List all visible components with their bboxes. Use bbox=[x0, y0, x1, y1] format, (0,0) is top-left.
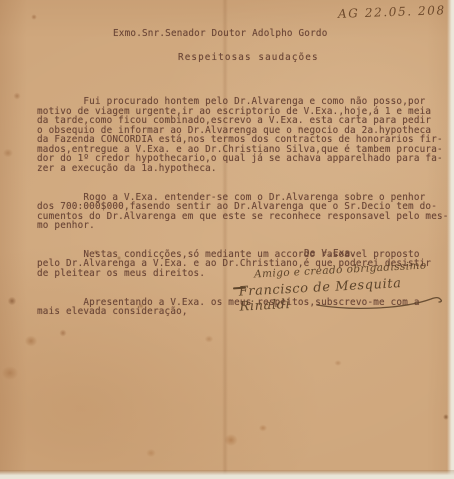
archive-reference-note: AG 22.05. 208 bbox=[338, 3, 446, 21]
closing-line: De V.Exa. bbox=[304, 249, 356, 259]
signature-flourish-stroke bbox=[315, 292, 447, 314]
scanned-letter-page: AG 22.05. 208 Exmo.Snr.Senador Doutor Ad… bbox=[0, 0, 454, 479]
scan-edge-right bbox=[447, 0, 454, 479]
scan-edge-bottom bbox=[0, 470, 454, 479]
recipient-line: Exmo.Snr.Senador Doutor Adolpho Gordo bbox=[113, 29, 328, 39]
paragraph-2: Rogo a V.Exa. entender-se com o Dr.Alvar… bbox=[37, 193, 449, 231]
salutation-line: Respeitosas saudações bbox=[178, 53, 319, 63]
paragraph-1: Fui procurado hontem pelo Dr.Alvarenga e… bbox=[37, 97, 449, 173]
